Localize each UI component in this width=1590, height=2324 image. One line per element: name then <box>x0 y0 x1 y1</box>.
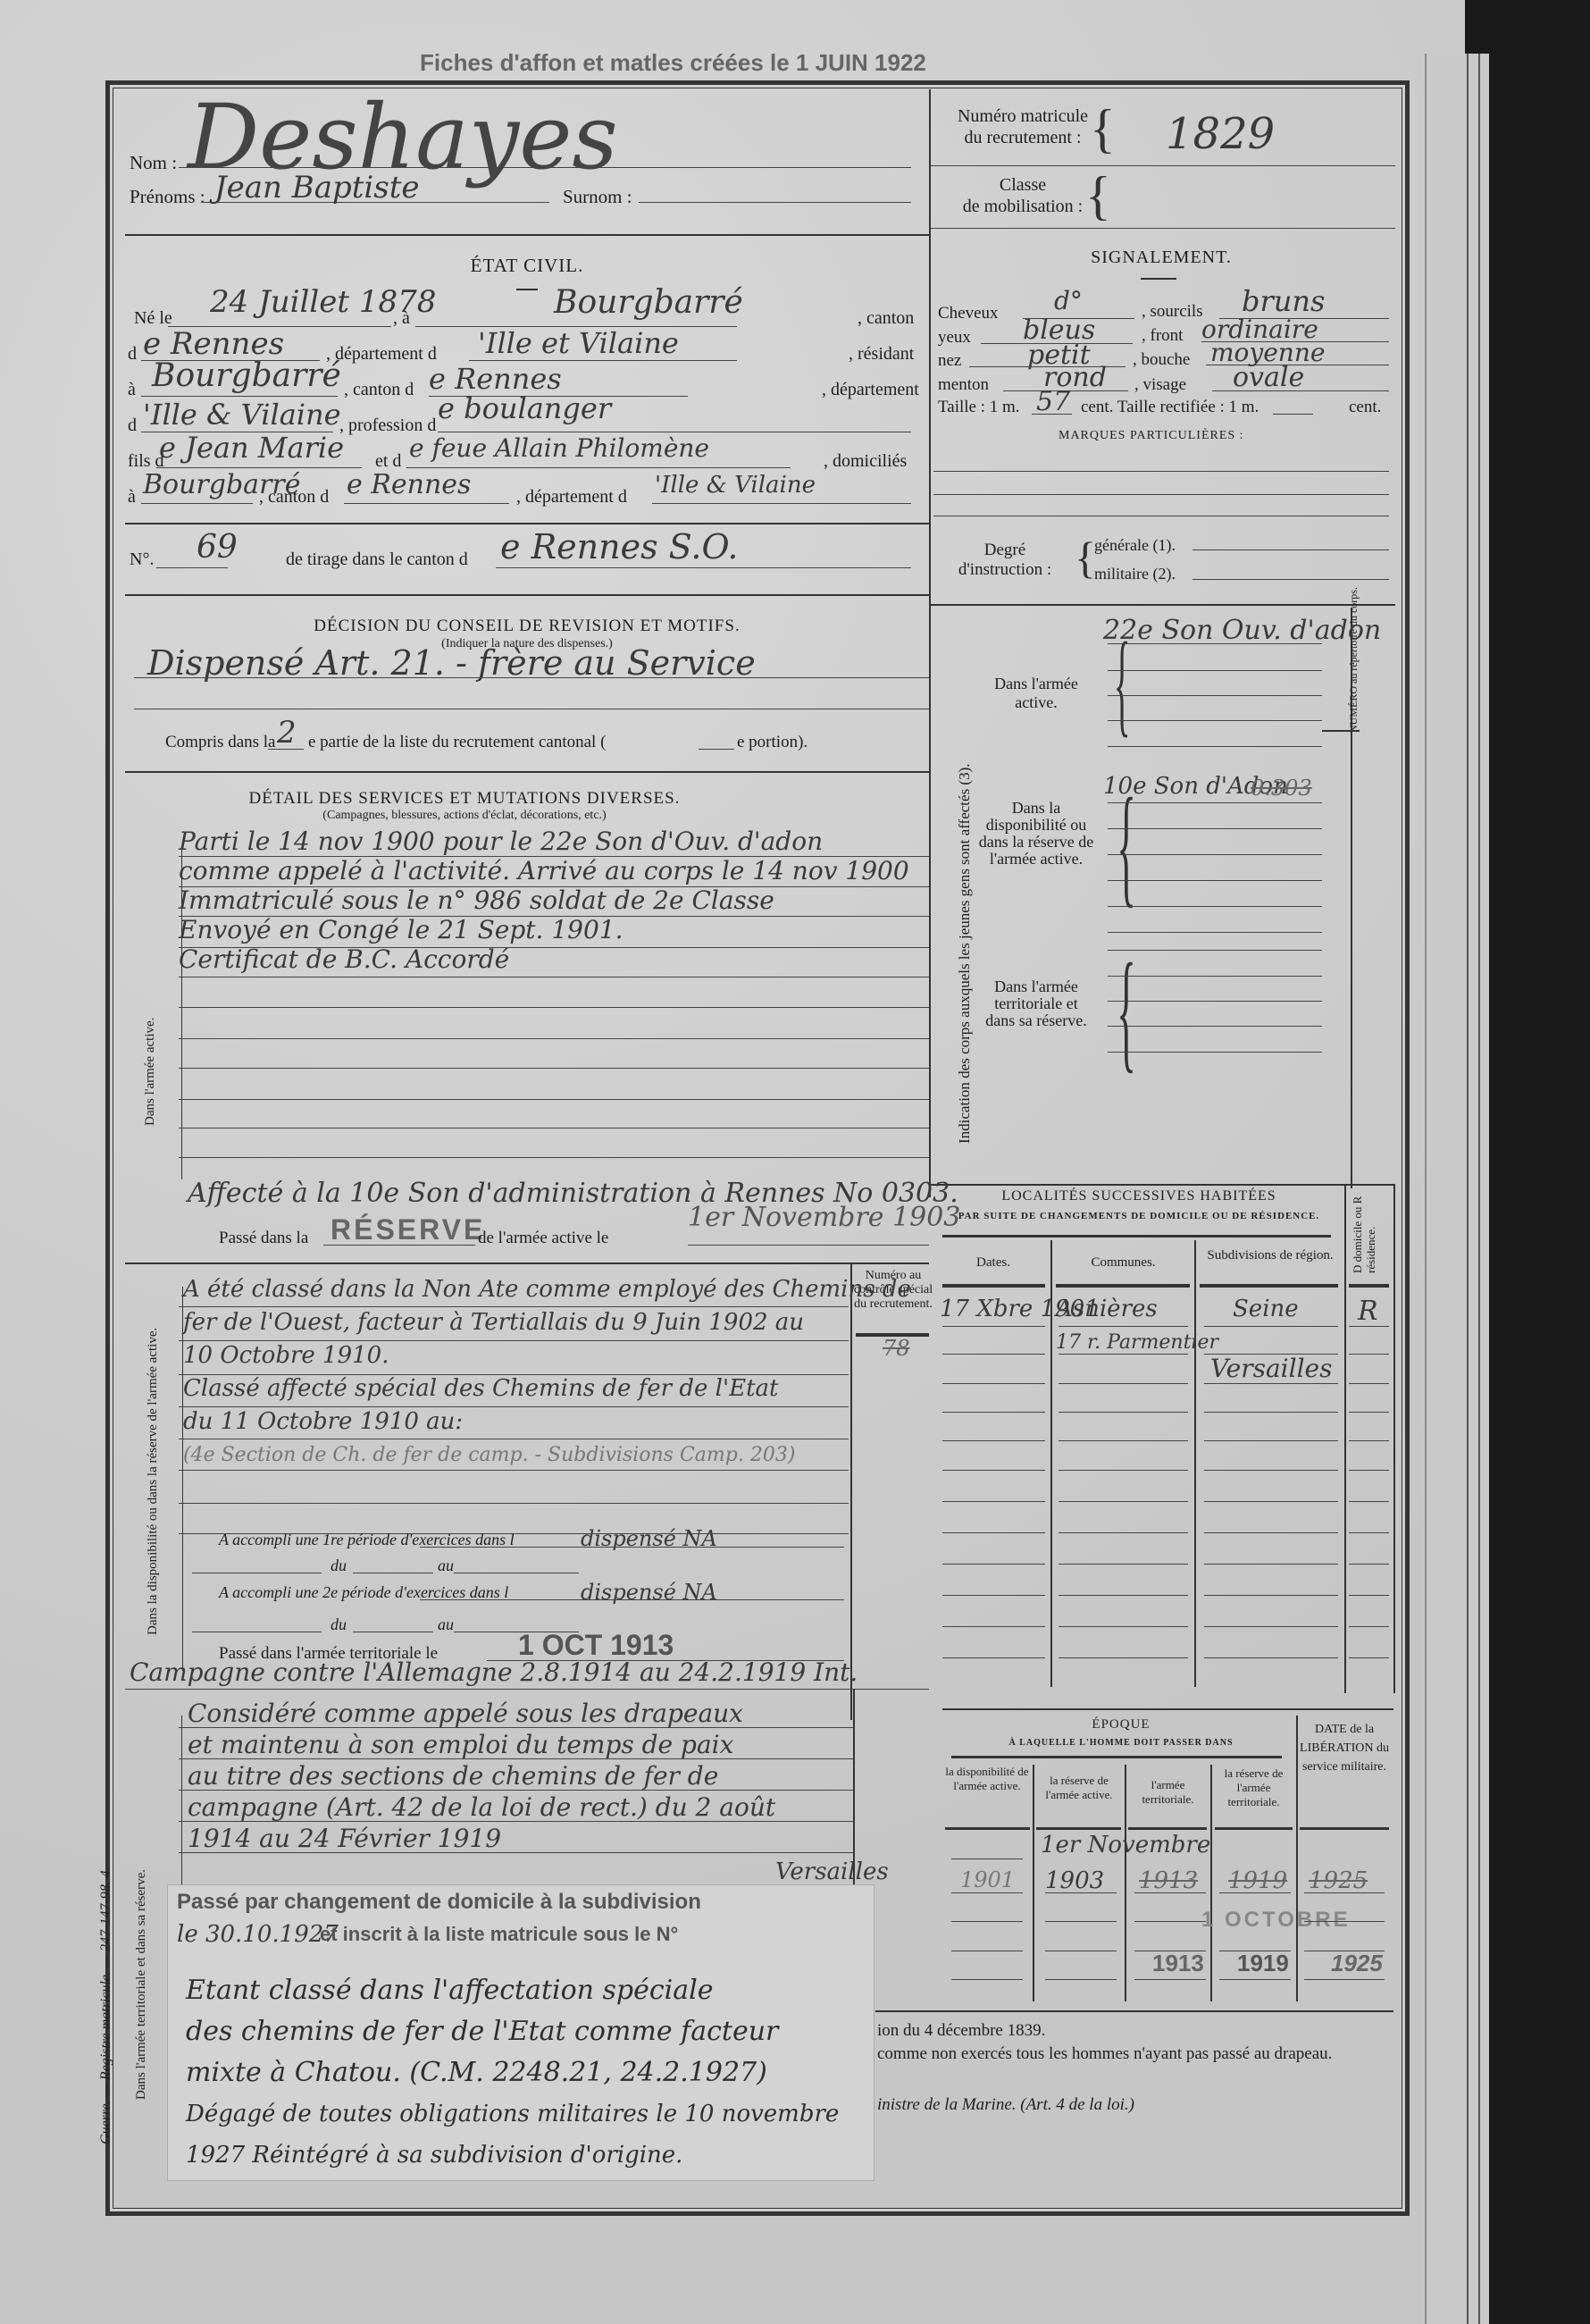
localite-commune-1: Asnières <box>1056 1296 1158 1322</box>
label: cent. Taille rectifiée : 1 m. <box>1081 398 1259 417</box>
services-side-label: Dans l'armée active. <box>143 1018 158 1126</box>
birth-canton: e Rennes <box>143 326 284 362</box>
label: du <box>331 1556 347 1575</box>
height: 57 <box>1036 386 1070 417</box>
localite-subdivision-1: Seine <box>1233 1296 1299 1322</box>
corps-dispo-label: Dans la disponibilité ou dans la réserve… <box>974 800 1099 868</box>
epoque-reserve-active: 1903 <box>1045 1867 1104 1894</box>
epoque-stamp-month: 1 OCTOBRE <box>1201 1908 1351 1933</box>
label: , à <box>393 308 410 329</box>
col-domicile-residence: D domicile ou R résidence. <box>1351 1188 1377 1273</box>
corps-vertical-title: Indication des corps auxquels les jeunes… <box>956 763 974 1144</box>
corps-active-label: Dans l'armée active. <box>978 675 1094 712</box>
campagne-text: Campagne contre l'Allemagne 2.8.1914 au … <box>130 1657 858 1687</box>
corps-dispo-number: 0.303 <box>1251 776 1312 801</box>
label: au <box>438 1615 454 1634</box>
label: du <box>331 1615 347 1634</box>
profession: e boulanger <box>438 391 611 425</box>
tirage-number: 69 <box>197 529 238 566</box>
label: de l'armée active le <box>478 1229 608 1248</box>
label: yeux <box>938 328 971 348</box>
label: , sourcils <box>1142 302 1203 322</box>
signalement-title: SIGNALEMENT. <box>929 248 1393 268</box>
services-lines: Parti le 14 nov 1900 pour le 22e Son d'O… <box>179 826 909 974</box>
epoque-reserve-territoriale: 1919 <box>1228 1867 1287 1894</box>
corps-territoriale-label: Dans l'armée territoriale et dans sa rés… <box>978 978 1094 1029</box>
residence-department: 'Ille & Vilaine <box>143 398 341 432</box>
label: , domiciliés <box>824 451 907 472</box>
label: au <box>438 1556 454 1575</box>
label: , bouche <box>1133 350 1190 370</box>
father: e Jean Marie <box>159 431 344 465</box>
label: Cheveux <box>938 304 999 323</box>
label: , visage <box>1134 375 1186 395</box>
degre-label: Degréd'instruction : <box>951 541 1059 580</box>
label: d <box>128 415 137 436</box>
label: Taille : 1 m. <box>938 398 1020 417</box>
corps-active-entry: 22e Son Ouv. d'adon <box>1103 615 1381 646</box>
slip-lines: Etant classé dans l'affectation spéciale… <box>186 1970 839 2176</box>
col-epoque-disponibilite: la disponibilité de l'armée active. <box>942 1765 1032 1793</box>
epoque-disponibilite: 1901 <box>960 1867 1015 1892</box>
label: , front <box>1142 326 1183 346</box>
label: Passé dans la <box>219 1229 308 1248</box>
label: de tirage dans le canton d <box>286 550 468 570</box>
marques-title: MARQUES PARTICULIÈRES : <box>1059 429 1244 443</box>
epoque-stamp-liberation: 1925 <box>1331 1950 1383 1977</box>
label: , résidant <box>849 344 914 365</box>
matricule-number: 1829 <box>1166 109 1275 159</box>
epoque-handwritten-header: 1er Novembre <box>1041 1832 1210 1858</box>
col-epoque-reserve-active: la réserve de l'armée active. <box>1034 1774 1124 1802</box>
epoque-stamp-territoriale: 1913 <box>1152 1950 1204 1977</box>
footnote-1: ion du 4 décembre 1839. <box>877 2021 1045 2041</box>
slip-place: Versailles <box>775 1858 889 1885</box>
slip-date: le 30.10.1927 <box>177 1921 339 1948</box>
footnote-2: comme non exercés tous les hommes n'ayan… <box>877 2044 1332 2064</box>
dispo-side-label: Dans la disponibilité ou dans la réserve… <box>146 1278 161 1635</box>
liberation-label: DATE de la LIBÉRATION du service militai… <box>1300 1720 1389 1776</box>
col-subdivisions: Subdivisions de région. <box>1199 1248 1342 1263</box>
label: Compris dans la <box>165 733 276 752</box>
label: e partie de la liste du recrutement cant… <box>308 733 606 752</box>
decision-title: DÉCISION DU CONSEIL DE REVISION ET MOTIF… <box>125 617 929 636</box>
pasted-slip: Passé par changement de domicile à la su… <box>168 1885 874 2180</box>
tirage-canton: e Rennes S.O. <box>500 527 738 566</box>
residence: Bourgbarré <box>152 357 341 394</box>
label: , département d <box>516 487 627 508</box>
localites-subtitle: PAR SUITE DE CHANGEMENTS DE DOMICILE OU … <box>938 1211 1340 1221</box>
label: à <box>128 487 136 508</box>
prenoms-value: Jean Baptiste <box>214 170 420 206</box>
eyebrows: bruns <box>1242 284 1325 318</box>
brace: { <box>1075 532 1096 583</box>
register-page: Fiches d'affon et matles créées le 1 JUI… <box>0 0 1465 2324</box>
epoque-liberation: 1925 <box>1309 1867 1368 1894</box>
label: N°. <box>130 550 154 570</box>
label: e portion). <box>737 733 808 752</box>
epoque-title: ÉPOQUE <box>942 1717 1300 1733</box>
mother: e feue Allain Philomène <box>409 433 709 463</box>
partie-number: 2 <box>277 715 297 751</box>
footnote-3: inistre de la Marine. (Art. 4 de la loi.… <box>877 2095 1134 2115</box>
label: , canton d <box>344 380 414 400</box>
periode1-value: dispensé NA <box>581 1526 717 1551</box>
epoque-territoriale: 1913 <box>1139 1867 1198 1894</box>
epoque-subtitle: À LAQUELLE L'HOMME DOIT PASSER DANS <box>942 1738 1300 1748</box>
brace: { <box>1117 934 1136 1087</box>
brace: { <box>1085 165 1111 227</box>
birth-department: 'Ille et Vilaine <box>478 326 679 360</box>
label: cent. <box>1349 398 1381 417</box>
top-stamp: Fiches d'affon et matles créées le 1 JUI… <box>420 49 926 77</box>
services-title: DÉTAIL DES SERVICES ET MUTATIONS DIVERSE… <box>152 789 777 809</box>
label: à <box>128 380 136 400</box>
localite-subdivision-2: Versailles <box>1210 1354 1332 1383</box>
label: , canton d <box>259 487 329 508</box>
slip-stamp-line-1: Passé par changement de domicile à la su… <box>177 1890 701 1915</box>
label: , département <box>822 380 919 400</box>
localites-title: LOCALITÉS SUCCESSIVES HABITÉES <box>938 1188 1340 1204</box>
numero-repertoire-label: NUMÉRO au répertoire du corps. <box>1347 617 1360 733</box>
brace: { <box>1090 98 1116 160</box>
label: nez <box>938 351 961 371</box>
col-epoque-reserve-territoriale: la réserve de l'armée territoriale. <box>1212 1766 1295 1809</box>
slip-stamp-line-2: et inscrit à la liste matricule sous le … <box>320 1923 678 1946</box>
matricule-label: Numéro matriculedu recrutement : <box>929 105 1117 148</box>
label: menton <box>938 375 989 395</box>
surnom-label: Surnom : <box>563 186 632 208</box>
localite-type-1: R <box>1358 1296 1378 1327</box>
col-dates: Dates. <box>940 1255 1047 1271</box>
etat-civil-title: ÉTAT CIVIL. <box>125 255 929 277</box>
parents-canton: e Rennes <box>347 469 471 500</box>
dispo-lines: A été classé dans la Non Ate comme emplo… <box>183 1273 911 1472</box>
parents-department: 'Ille & Vilaine <box>655 472 816 499</box>
col-communes: Communes. <box>1054 1255 1192 1271</box>
prenoms-label: Prénoms : <box>130 186 205 208</box>
nom-label: Nom : <box>130 152 177 174</box>
col-epoque-territoriale: l'armée territoriale. <box>1126 1778 1209 1807</box>
page-edge <box>1425 54 1489 2324</box>
label: , département d <box>326 344 437 365</box>
label: , canton <box>858 308 914 329</box>
reserve-date: 1er Novembre 1903 <box>688 1202 960 1233</box>
epoque-stamp-reserve-territoriale: 1919 <box>1237 1950 1289 1977</box>
label: d <box>128 344 137 365</box>
birth-place: Bourgbarré <box>554 284 743 321</box>
services-subtitle: (Campagnes, blessures, actions d'éclat, … <box>152 809 777 823</box>
reserve-stamp: RÉSERVE <box>331 1213 485 1246</box>
face: ovale <box>1233 362 1304 393</box>
label: générale (1). <box>1094 536 1176 555</box>
territoriale-lines: Considéré comme appelé sous les drapeaux… <box>188 1698 775 1854</box>
periode2-value: dispensé NA <box>581 1580 717 1605</box>
label: militaire (2). <box>1094 565 1176 583</box>
hair: d° <box>1054 286 1083 315</box>
territoriale-side-label: Dans l'armée territoriale et dans sa rés… <box>134 1832 149 2100</box>
localite-commune-2: 17 r. Parmentier <box>1056 1331 1218 1354</box>
margin-print: Guerre. — Registre matricule. — 247-147-… <box>98 1870 114 2144</box>
